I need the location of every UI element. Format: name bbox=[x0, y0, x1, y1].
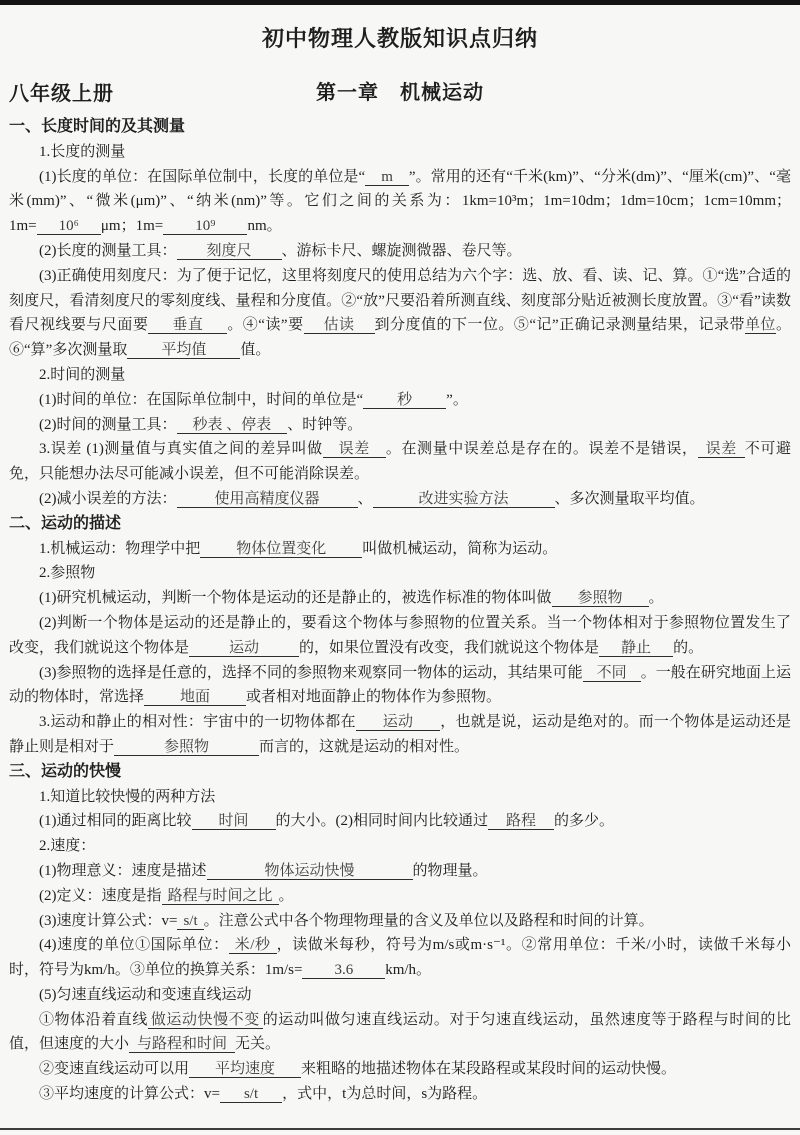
paragraph: 1.机械运动：物理学中把物体位置变化叫做机械运动，简称为运动。 bbox=[9, 537, 791, 562]
paragraph: ③平均速度的计算公式：v=s/t，式中，t为总时间，s为路程。 bbox=[9, 1082, 791, 1107]
fill-in-blank-answer: 地面 bbox=[144, 689, 246, 706]
document-body: 一、长度时间的及其测量1.长度的测量(1)长度的单位：在国际单位制中，长度的单位… bbox=[9, 115, 791, 1107]
fill-in-blank-answer: 10⁶ bbox=[37, 218, 101, 235]
fill-in-blank-answer: 刻度尺 bbox=[177, 243, 282, 260]
fill-in-blank-answer: 误差 bbox=[323, 441, 386, 458]
paragraph: 2.时间的测量 bbox=[9, 363, 791, 388]
fill-in-blank-answer: 单位 bbox=[745, 317, 776, 334]
section-heading: 三、运动的快慢 bbox=[9, 760, 791, 785]
paragraph: (1)长度的单位：在国际单位制中，长度的单位是“m”。常用的还有“千米(km)”… bbox=[9, 165, 791, 239]
paragraph: (1)时间的单位：在国际单位制中，时间的单位是“秒”。 bbox=[9, 388, 791, 413]
paragraph: 1.知道比较快慢的两种方法 bbox=[9, 785, 791, 810]
paragraph: 3.运动和静止的相对性：宇宙中的一切物体都在运动，也就是说，运动是绝对的。而一个… bbox=[9, 710, 791, 760]
fill-in-blank-answer: 物体运动快慢 bbox=[207, 863, 413, 880]
fill-in-blank-answer: 不同 bbox=[583, 665, 641, 682]
paragraph: ②变速直线运动可以用平均速度来粗略的地描述物体在某段路程或某段时间的运动快慢。 bbox=[9, 1057, 791, 1082]
paragraph: (2)长度的测量工具：刻度尺、游标卡尺、螺旋测微器、卷尺等。 bbox=[9, 239, 791, 264]
fill-in-blank-answer: 路程 bbox=[488, 813, 554, 830]
fill-in-blank-answer: 运动 bbox=[189, 640, 299, 657]
fill-in-blank-answer: 做运动快慢不变 bbox=[148, 1012, 263, 1029]
fill-in-blank-answer: 参照物 bbox=[114, 739, 259, 756]
fill-in-blank-answer: 平均值 bbox=[127, 342, 240, 359]
paragraph: (2)减小误差的方法：使用高精度仪器、改进实验方法、多次测量取平均值。 bbox=[9, 487, 791, 512]
paragraph: (1)研究机械运动，判断一个物体是运动的还是静止的，被选作标准的物体叫做参照物。 bbox=[9, 586, 791, 611]
fill-in-blank-answer: 估读 bbox=[304, 317, 375, 334]
paragraph: 2.速度： bbox=[9, 834, 791, 859]
paragraph: (2)定义：速度是指路程与时间之比。 bbox=[9, 884, 791, 909]
paragraph: ①物体沿着直线做运动快慢不变的运动叫做匀速直线运动。对于匀速直线运动，虽然速度等… bbox=[9, 1008, 791, 1058]
fill-in-blank-answer: 秒表 、停表 bbox=[177, 417, 288, 434]
fill-in-blank-answer: 与路程和时间 bbox=[129, 1036, 235, 1053]
paragraph: (3)正确使用刻度尺：为了便于记忆，这里将刻度尺的使用总结为六个字：选、放、看、… bbox=[9, 264, 791, 363]
fill-in-blank-answer: 时间 bbox=[192, 813, 276, 830]
paragraph: (3)参照物的选择是任意的，选择不同的参照物来观察同一物体的运动，其结果可能不同… bbox=[9, 661, 791, 711]
fill-in-blank-answer: 使用高精度仪器 bbox=[177, 491, 358, 508]
fill-in-blank-answer: 10⁹ bbox=[163, 218, 247, 235]
chapter-title: 第一章 机械运动 bbox=[9, 76, 791, 105]
fill-in-blank-answer: 垂直 bbox=[148, 317, 227, 334]
paragraph: (1)物理意义：速度是描述物体运动快慢的物理量。 bbox=[9, 859, 791, 884]
paragraph: 3.误差 (1)测量值与真实值之间的差异叫做误差。在测量中误差总是存在的。误差不… bbox=[9, 437, 791, 487]
document-page: 初中物理人教版知识点归纳 八年级上册 第一章 机械运动 一、长度时间的及其测量1… bbox=[0, 5, 800, 1107]
section-heading: 一、长度时间的及其测量 bbox=[9, 115, 791, 140]
scan-bottom-rule bbox=[0, 1128, 800, 1130]
fill-in-blank-answer: 误差 bbox=[698, 441, 745, 458]
paragraph: (2)时间的测量工具：秒表 、停表、时钟等。 bbox=[9, 413, 791, 438]
section-heading: 二、运动的描述 bbox=[9, 512, 791, 537]
fill-in-blank-answer: 物体位置变化 bbox=[200, 541, 362, 558]
document-title: 初中物理人教版知识点归纳 bbox=[9, 22, 791, 53]
paragraph: (4)速度的单位①国际单位：米/秒，读做米每秒，符号为m/s或m·s⁻¹。②常用… bbox=[9, 933, 791, 983]
fill-in-blank-answer: 秒 bbox=[363, 392, 446, 409]
paragraph: (5)匀速直线运动和变速直线运动 bbox=[9, 983, 791, 1008]
paragraph: (2)判断一个物体是运动的还是静止的，要看这个物体与参照物的位置关系。当一个物体… bbox=[9, 611, 791, 661]
paragraph: 1.长度的测量 bbox=[9, 140, 791, 165]
fill-in-blank-answer: 改进实验方法 bbox=[373, 491, 555, 508]
fill-in-blank-answer: 路程与时间之比 bbox=[162, 888, 279, 905]
fill-in-blank-answer: 静止 bbox=[599, 640, 673, 657]
fill-in-blank-answer: m bbox=[365, 169, 409, 186]
fill-in-blank-answer: s/t bbox=[177, 913, 203, 930]
subtitle-row: 八年级上册 第一章 机械运动 bbox=[9, 76, 791, 104]
fill-in-blank-answer: 参照物 bbox=[552, 590, 649, 607]
paragraph: 2.参照物 bbox=[9, 561, 791, 586]
fill-in-blank-answer: 3.6 bbox=[302, 962, 385, 979]
paragraph: (1)通过相同的距离比较时间的大小。(2)相同时间内比较通过路程的多少。 bbox=[9, 809, 791, 834]
fill-in-blank-answer: s/t bbox=[220, 1086, 282, 1103]
fill-in-blank-answer: 运动 bbox=[356, 714, 441, 731]
paragraph: (3)速度计算公式：v=s/t。注意公式中各个物理物理量的含义及单位以及路程和时… bbox=[9, 909, 791, 934]
fill-in-blank-answer: 平均速度 bbox=[189, 1061, 301, 1078]
fill-in-blank-answer: 米/秒 bbox=[229, 937, 277, 954]
edition-label: 八年级上册 bbox=[9, 77, 114, 106]
